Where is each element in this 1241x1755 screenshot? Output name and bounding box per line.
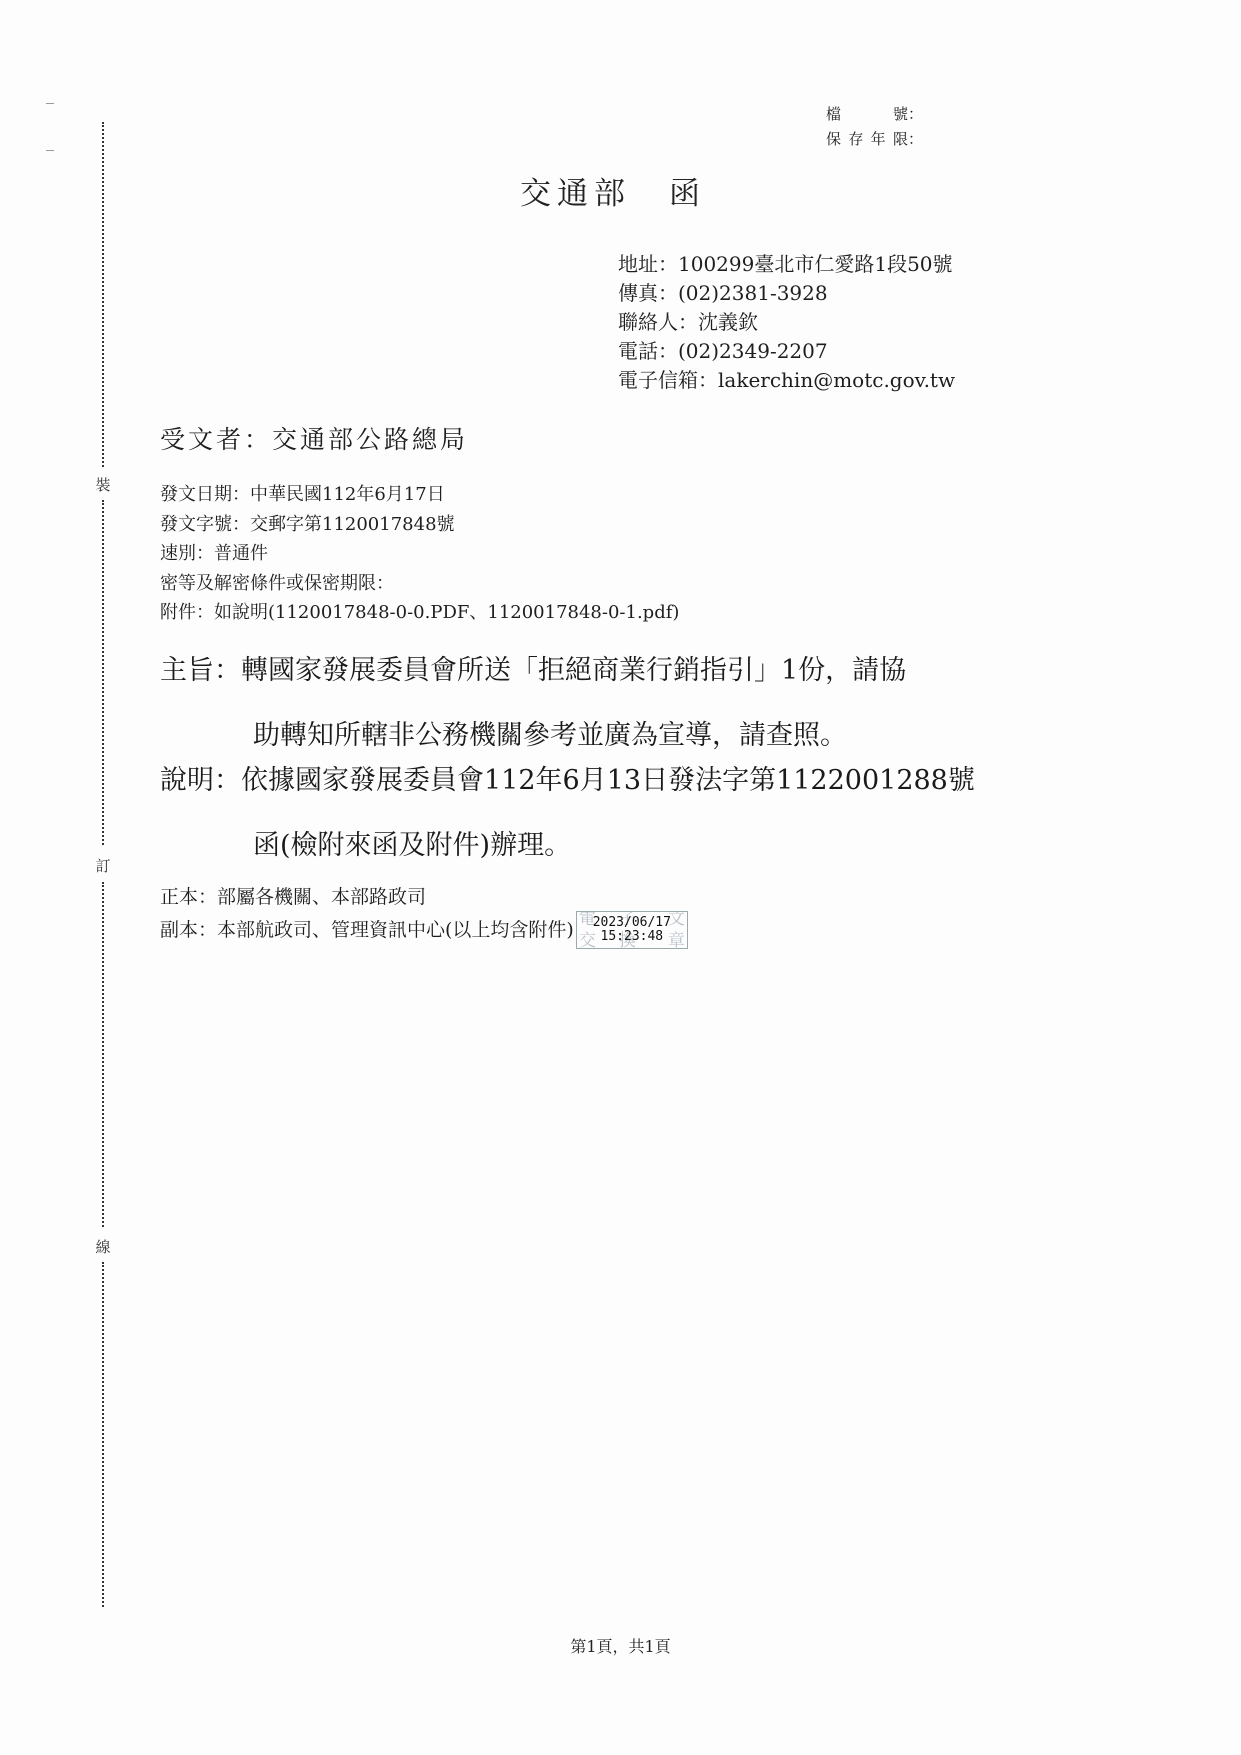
binding-line-segment [102, 500, 104, 845]
document-meta: 發文日期：中華民國112年6月17日 發文字號：交郵字第1120017848號 … [160, 480, 679, 628]
original-recipients: 正本：部屬各機關、本部路政司 [160, 883, 688, 911]
contact-person: 聯絡人：沈義欽 [618, 308, 955, 337]
secrecy-level: 密等及解密條件或保密期限： [160, 569, 679, 599]
archive-fields: 檔號 ： 保存年限 ： [826, 102, 918, 152]
document-type: 函 [669, 176, 706, 212]
colon: ： [908, 127, 918, 152]
contact-block: 地址：100299臺北市仁愛路1段50號 傳真：(02)2381-3928 聯絡… [618, 250, 955, 395]
phone: 電話：(02)2349-2207 [618, 337, 955, 366]
delivery-speed: 速別：普通件 [160, 539, 679, 569]
document-title: 交通部函 [520, 168, 706, 213]
subject-section: 主旨：轉國家發展委員會所送「拒絕商業行銷指引」1份，請協 助轉知所轄非公務機關參… [160, 648, 906, 752]
binding-line-segment [102, 122, 104, 467]
colon: ： [908, 102, 918, 127]
electronic-exchange-stamp: 電 子 交 換 文 章 2023/06/17 15:23:48 [576, 911, 688, 949]
cc-recipients-text: 副本：本部航政司、管理資訊中心(以上均含附件) [160, 916, 574, 944]
issue-date: 發文日期：中華民國112年6月17日 [160, 480, 679, 510]
document-number: 發文字號：交郵字第1120017848號 [160, 510, 679, 540]
margin-tick [46, 150, 54, 151]
issuing-agency: 交通部 [520, 176, 631, 212]
stamp-char: 章 [668, 934, 685, 948]
binding-char-xian: 線 [92, 1236, 114, 1257]
binding-line-segment [102, 1262, 104, 1607]
email: 電子信箱：lakerchin@motc.gov.tw [618, 366, 955, 395]
retention-label: 保存年限 [826, 127, 908, 152]
fax: 傳真：(02)2381-3928 [618, 279, 955, 308]
retention-field: 保存年限 ： [826, 127, 918, 152]
attachments: 附件：如說明(1120017848-0-0.PDF、1120017848-0-1… [160, 598, 679, 628]
subject-line-2: 助轉知所轄非公務機關參考並廣為宣導，請查照。 [253, 713, 906, 752]
cc-recipients: 副本：本部航政司、管理資訊中心(以上均含附件) 電 子 交 換 文 章 2023… [160, 911, 688, 949]
distribution-list: 正本：部屬各機關、本部路政司 副本：本部航政司、管理資訊中心(以上均含附件) 電… [160, 883, 688, 949]
explanation-section: 說明：依據國家發展委員會112年6月13日發法字第1122001288號 函(檢… [160, 758, 975, 862]
stamp-time: 15:23:48 [601, 930, 664, 944]
file-number-field: 檔號 ： [826, 102, 918, 127]
binding-line-segment [102, 882, 104, 1227]
stamp-char: 交 [579, 934, 596, 948]
page-number: 第1頁，共1頁 [0, 1634, 1241, 1657]
explanation-line-1: 說明：依據國家發展委員會112年6月13日發法字第1122001288號 [160, 758, 975, 797]
subject-line-1: 主旨：轉國家發展委員會所送「拒絕商業行銷指引」1份，請協 [160, 648, 906, 687]
margin-tick [46, 103, 54, 104]
address: 地址：100299臺北市仁愛路1段50號 [618, 250, 955, 279]
document-page: 裝 訂 線 檔號 ： 保存年限 ： 交通部函 地址：100299臺北市仁愛路1段… [0, 0, 1241, 1755]
original-recipients-text: 正本：部屬各機關、本部路政司 [160, 883, 426, 911]
explanation-line-2: 函(檢附來函及附件)辦理。 [253, 823, 975, 862]
file-number-label: 檔號 [826, 102, 908, 127]
binding-char-zhuang: 裝 [92, 474, 114, 495]
recipient: 受文者：交通部公路總局 [160, 420, 468, 456]
stamp-date: 2023/06/17 [593, 916, 671, 930]
binding-char-ding: 訂 [92, 855, 114, 876]
